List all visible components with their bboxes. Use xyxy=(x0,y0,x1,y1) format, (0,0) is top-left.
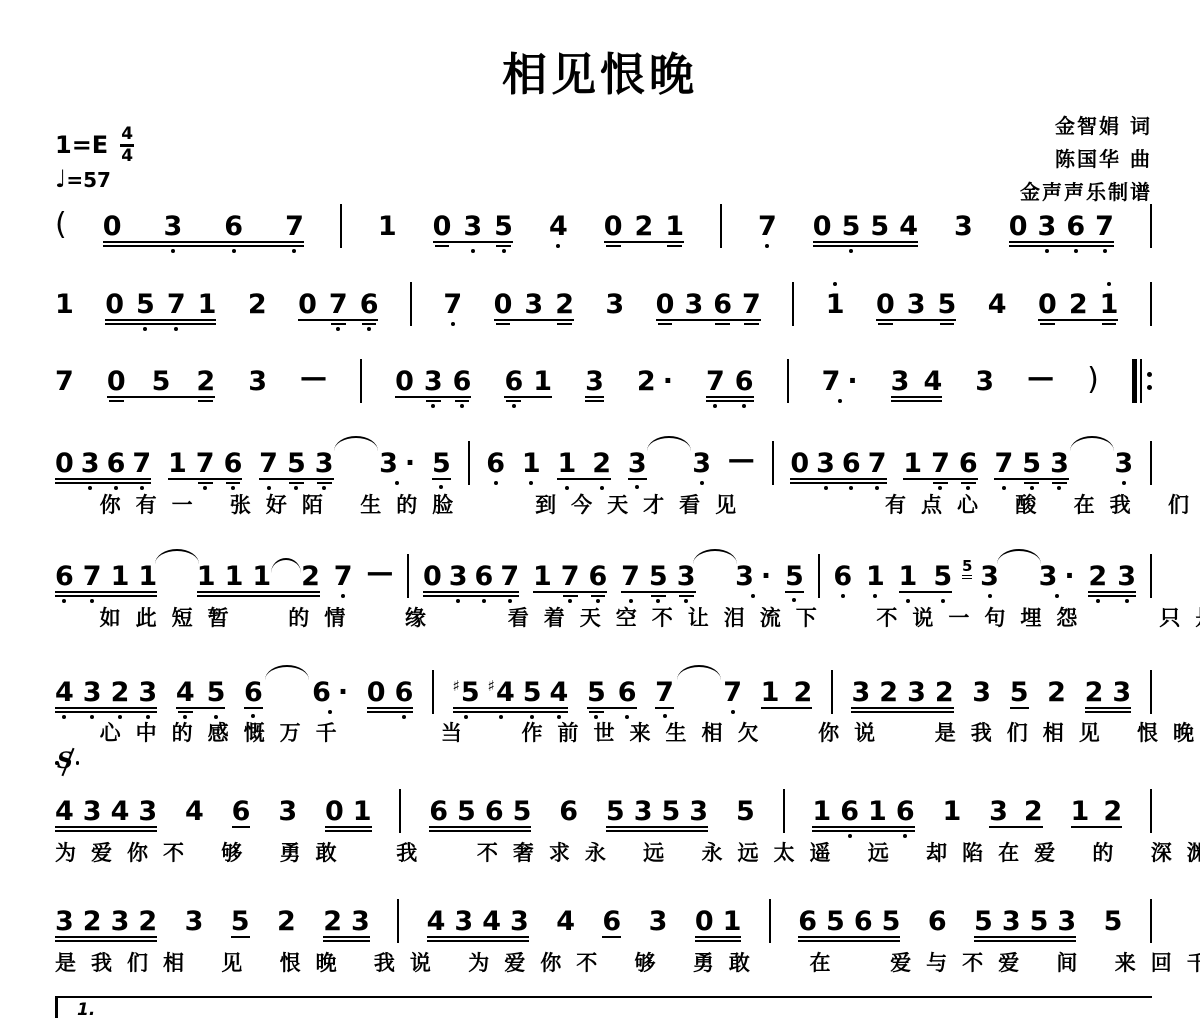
partial-beam-line xyxy=(933,482,948,484)
note: 1 xyxy=(252,563,271,590)
partial-beam-line xyxy=(362,323,377,325)
note: 5 xyxy=(606,798,625,825)
beam-group: 6711 xyxy=(55,563,157,590)
barline xyxy=(1150,554,1152,598)
beam-line xyxy=(628,478,647,480)
beam-line xyxy=(259,478,333,480)
note-digit: 3 xyxy=(424,368,443,395)
note-digit: 7 xyxy=(1095,213,1114,240)
note: 5 xyxy=(826,908,845,935)
beam-line xyxy=(989,826,1043,828)
beam-line xyxy=(103,245,304,247)
note: 3 xyxy=(585,368,604,395)
note: 7 xyxy=(167,291,186,318)
note-digit: 5 xyxy=(1022,450,1041,477)
note: 1 xyxy=(225,563,244,590)
beam-line xyxy=(695,936,742,938)
beam-line xyxy=(103,241,304,243)
note: 3· xyxy=(1039,563,1075,590)
partial-beam-line xyxy=(744,323,759,325)
note: 7 xyxy=(334,563,353,590)
note-digit: 6 xyxy=(840,798,859,825)
beam-group: 032 xyxy=(494,291,574,318)
note-digit: 5 xyxy=(287,450,306,477)
note: 3 xyxy=(1050,450,1069,477)
note-digit: 4 xyxy=(556,908,575,935)
grace-beam-line xyxy=(962,575,972,577)
note: 2 xyxy=(277,908,296,935)
note: 6 xyxy=(842,450,861,477)
beam-line xyxy=(655,707,674,709)
note: 6 xyxy=(559,798,578,825)
note-digit: 3 xyxy=(989,798,1008,825)
barline xyxy=(1150,670,1152,714)
note-digit: 6 xyxy=(602,908,621,935)
note-digit: 3 xyxy=(954,213,973,240)
note-digit: 5 xyxy=(870,213,889,240)
low-octave-dot xyxy=(328,710,332,714)
note: 1 xyxy=(55,291,74,318)
tempo-marking: ♩=57 xyxy=(55,165,111,193)
note-digit: 5 xyxy=(785,563,804,590)
note-digit: 0 xyxy=(433,213,452,240)
low-octave-dot xyxy=(494,481,498,485)
note-digit: 3 xyxy=(1112,679,1131,706)
note-digit: 5 xyxy=(649,563,668,590)
repeat-thin-bar xyxy=(1140,359,1142,403)
note-digit: 6 xyxy=(232,798,251,825)
note-digit: 4 xyxy=(988,291,1007,318)
note: 4 xyxy=(176,679,195,706)
note: 3 xyxy=(463,213,482,240)
note: 6 xyxy=(360,291,379,318)
beam-line xyxy=(298,319,378,321)
note: 3 xyxy=(1002,908,1021,935)
beam-group: 76 xyxy=(706,368,754,395)
note: 3 xyxy=(907,291,926,318)
barline xyxy=(772,441,774,485)
barline xyxy=(360,359,362,403)
beam-line xyxy=(706,396,754,398)
note-digit: 2 xyxy=(592,450,611,477)
slur-arc xyxy=(155,549,199,564)
beam-group: 1616 xyxy=(812,798,914,825)
beam-line xyxy=(587,707,637,709)
low-octave-dot xyxy=(395,481,399,485)
note-digit: 2 xyxy=(277,908,296,935)
note-digit: 5 xyxy=(882,908,901,935)
note: 5 xyxy=(938,291,957,318)
beam-line xyxy=(55,936,157,938)
beam-group: 1112 xyxy=(197,563,320,590)
note: 1 xyxy=(665,213,684,240)
note: 3 xyxy=(55,908,74,935)
note: 3 xyxy=(510,908,529,935)
lyricist-credit: 金智娟 词 xyxy=(1020,110,1152,143)
repeat-dots xyxy=(1147,372,1152,390)
barline xyxy=(792,282,794,326)
note: 3 xyxy=(677,563,696,590)
note: 6 xyxy=(1066,213,1085,240)
beam-line xyxy=(453,711,569,713)
beam-line xyxy=(994,478,1068,480)
beam-line xyxy=(785,591,804,593)
note-digit: 5 xyxy=(523,679,542,706)
note-digit: 6 xyxy=(429,798,448,825)
note-digit: 6 xyxy=(504,368,523,395)
note-digit: 1 xyxy=(197,563,216,590)
beam-group: 0367 xyxy=(423,563,519,590)
note: 7 xyxy=(329,291,348,318)
partial-beam-line xyxy=(1052,482,1067,484)
note-digit: 4 xyxy=(176,679,195,706)
note-digit: 3 xyxy=(891,368,910,395)
time-denominator: 4 xyxy=(121,148,133,165)
note-digit: 5 xyxy=(432,450,451,477)
note: 6 xyxy=(453,368,472,395)
note: 4 xyxy=(549,213,568,240)
beam-group: 15 xyxy=(899,563,953,590)
barline xyxy=(432,670,434,714)
note: 1 xyxy=(1100,291,1119,318)
note-digit: 3 xyxy=(111,908,130,935)
note-digit: 1 xyxy=(225,563,244,590)
note-digit: 1 xyxy=(138,563,157,590)
note: 3 xyxy=(248,368,267,395)
beam-group: 753 xyxy=(994,450,1068,477)
note-digit: ( xyxy=(55,210,67,240)
score-line: 10571207670323036710354021 xyxy=(55,282,1152,318)
beam-line xyxy=(1085,707,1132,709)
note: 3· xyxy=(379,450,415,477)
note: 1 xyxy=(533,563,552,590)
note: 0 xyxy=(1038,291,1057,318)
beam-group: 45 xyxy=(176,679,226,706)
beam-line xyxy=(433,241,513,243)
note: 6 xyxy=(485,798,504,825)
barline xyxy=(340,204,342,248)
note-digit: 0 xyxy=(1009,213,1028,240)
note-digit: 1 xyxy=(111,563,130,590)
note: 2 xyxy=(301,563,320,590)
note: 0 xyxy=(103,213,122,240)
note: 5 xyxy=(432,450,451,477)
score-line: 43234566·06♯5♯454567712323235223 xyxy=(55,670,1152,706)
note: 6 xyxy=(55,563,74,590)
beam-line xyxy=(899,591,953,593)
note-digit: 6 xyxy=(842,450,861,477)
partial-beam-line xyxy=(455,400,470,402)
note: 0 xyxy=(395,368,414,395)
note: 0 xyxy=(107,368,126,395)
note: — xyxy=(366,559,393,586)
score-line: (0367103540217055430367 xyxy=(55,204,1152,240)
beam-line xyxy=(423,591,519,593)
note-digit: 3 xyxy=(463,213,482,240)
partial-beam-line xyxy=(961,482,976,484)
note: 7· xyxy=(822,368,858,395)
note: 7 xyxy=(742,291,761,318)
beam-line xyxy=(1010,707,1029,709)
note-digit: 1 xyxy=(533,368,552,395)
note: 4 xyxy=(55,679,74,706)
augmentation-dot: · xyxy=(1064,563,1074,590)
note-digit: 2 xyxy=(935,679,954,706)
barline xyxy=(397,899,399,943)
note: 1 xyxy=(899,563,918,590)
low-octave-dot xyxy=(460,404,464,408)
beam-line xyxy=(432,478,451,480)
beam-group: 23 xyxy=(323,908,370,935)
beam-line xyxy=(812,826,914,828)
note-digit: 6 xyxy=(224,450,243,477)
volta-label: 1. xyxy=(77,1000,95,1018)
beam-group: 021 xyxy=(1038,291,1118,318)
note: 6 xyxy=(798,908,817,935)
note-digit: 6 xyxy=(107,450,126,477)
note: 2 xyxy=(83,908,102,935)
beam-line xyxy=(706,400,754,402)
barline xyxy=(399,789,401,833)
partial-beam-line xyxy=(667,245,682,247)
note: 5 xyxy=(494,213,513,240)
note-digit: 1 xyxy=(812,798,831,825)
note-digit: 4 xyxy=(55,679,74,706)
note-digit: 7 xyxy=(621,563,640,590)
note: 7 xyxy=(443,291,462,318)
note: 3 xyxy=(891,368,910,395)
note: 1 xyxy=(138,563,157,590)
note-digit: 2 xyxy=(793,679,812,706)
beam-line xyxy=(325,830,372,832)
note: 3 xyxy=(81,450,100,477)
beam-line xyxy=(176,707,226,709)
beam-line xyxy=(55,711,157,713)
note: 1 xyxy=(942,798,961,825)
note: 5 xyxy=(207,679,226,706)
note: 3 xyxy=(1117,563,1136,590)
beam-line xyxy=(761,707,813,709)
beam-group: 0554 xyxy=(813,213,918,240)
note-digit: 6 xyxy=(959,450,978,477)
note: 2 xyxy=(138,908,157,935)
note: 3 xyxy=(524,291,543,318)
note-digit: 2 xyxy=(138,908,157,935)
beam-line xyxy=(395,396,471,398)
low-octave-dot xyxy=(451,322,455,326)
note-digit: 3 xyxy=(1002,908,1021,935)
note: 4 xyxy=(482,908,501,935)
segno-icon: S xyxy=(57,750,81,778)
low-octave-dot xyxy=(988,594,992,598)
note: 0 xyxy=(105,291,124,318)
note-digit: 1 xyxy=(1100,291,1119,318)
note-digit: 7 xyxy=(723,679,742,706)
note-digit: 3 xyxy=(1114,450,1133,477)
note-digit: 5 xyxy=(826,908,845,935)
note: 5 xyxy=(587,679,606,706)
note-digit: 2 xyxy=(635,213,654,240)
note: 3 xyxy=(649,908,668,935)
note-digit: 3 xyxy=(677,563,696,590)
beam-group: 6565 xyxy=(798,908,900,935)
note-digit: 3 xyxy=(972,679,991,706)
slur-arc xyxy=(265,665,309,680)
beam-line xyxy=(813,241,918,243)
beam-line xyxy=(504,396,552,398)
beam-group: 23 xyxy=(1088,563,1136,590)
note-digit: 2 xyxy=(196,368,215,395)
beam-line xyxy=(974,936,1076,938)
note-digit: 3 xyxy=(138,798,157,825)
note-digit: 7 xyxy=(561,563,580,590)
note: 5 xyxy=(152,368,171,395)
note: 4 xyxy=(55,798,74,825)
note-digit: 1 xyxy=(168,450,187,477)
note: 3 xyxy=(975,368,994,395)
note-digit: 3 xyxy=(634,798,653,825)
beam-line xyxy=(903,478,977,480)
note-digit: ) xyxy=(1087,365,1099,395)
note: 7 xyxy=(723,679,742,706)
note-digit: 3 xyxy=(907,291,926,318)
note-digit: 5 xyxy=(1104,908,1123,935)
note: 4 xyxy=(988,291,1007,318)
note-digit: 3 xyxy=(248,368,267,395)
note: 1 xyxy=(723,908,742,935)
barline xyxy=(783,789,785,833)
note-digit: 4 xyxy=(482,908,501,935)
slur-arc xyxy=(271,558,301,573)
note: 3 xyxy=(454,908,473,935)
note-digit: 3 xyxy=(83,798,102,825)
time-signature: 4 4 xyxy=(120,126,134,165)
beam-line xyxy=(1009,245,1114,247)
beam-line xyxy=(231,936,250,938)
note-digit: 5 xyxy=(457,798,476,825)
note-digit: 5 xyxy=(587,679,606,706)
note-digit: 3 xyxy=(684,291,703,318)
beam-line xyxy=(55,940,157,942)
beam-line xyxy=(851,711,953,713)
note: 1 xyxy=(557,450,576,477)
note: 3 xyxy=(315,450,334,477)
beam-group: 176 xyxy=(903,450,977,477)
low-octave-dot xyxy=(171,249,175,253)
beam-line xyxy=(606,830,708,832)
beam-line xyxy=(1071,826,1123,828)
note: 2 xyxy=(793,679,812,706)
beam-line xyxy=(494,319,574,321)
note-digit: 6 xyxy=(589,563,608,590)
note-digit: 5 xyxy=(1010,679,1029,706)
note: 0 xyxy=(1009,213,1028,240)
note: 5 xyxy=(136,291,155,318)
note: 1 xyxy=(533,368,552,395)
beam-line xyxy=(323,940,370,942)
note: 2 xyxy=(323,908,342,935)
note-digit: 5 xyxy=(231,908,250,935)
note-digit: 2 xyxy=(1085,679,1104,706)
note: 5 xyxy=(231,908,250,935)
note-digit: 6 xyxy=(854,908,873,935)
low-octave-dot xyxy=(731,710,735,714)
beam-group: 176 xyxy=(533,563,607,590)
note-digit: 6 xyxy=(395,679,414,706)
beam-group: 3232 xyxy=(851,679,953,706)
note-digit: 2 xyxy=(323,908,342,935)
note-digit: 6 xyxy=(713,291,732,318)
note: 2 xyxy=(196,368,215,395)
note-digit: 7 xyxy=(706,368,725,395)
note-digit: 5 xyxy=(1030,908,1049,935)
partial-beam-line xyxy=(226,482,241,484)
note: 3 xyxy=(351,908,370,935)
note-digit: 7 xyxy=(83,563,102,590)
beam-line xyxy=(55,830,157,832)
note-digit: 5 xyxy=(842,213,861,240)
note: 1 xyxy=(866,563,885,590)
partial-beam-line xyxy=(1024,482,1039,484)
beam-line xyxy=(55,482,151,484)
note-digit: 7 xyxy=(742,291,761,318)
beam-line xyxy=(325,826,372,828)
beam-group: 01 xyxy=(325,798,372,825)
note: 6 xyxy=(244,679,263,706)
note: 5 xyxy=(933,563,952,590)
note-digit: 3 xyxy=(692,450,711,477)
note-digit: 1 xyxy=(868,798,887,825)
note: 6 xyxy=(959,450,978,477)
lyrics-line: 为爱你不 够 勇敢 我 不奢求永 远 永远太遥 远 却陷在爱 的 深渊 你说 xyxy=(55,837,1164,867)
note-digit: 3 xyxy=(1117,563,1136,590)
beam-line xyxy=(656,319,761,321)
note: 3 xyxy=(83,679,102,706)
beam-line xyxy=(367,707,414,709)
low-octave-dot xyxy=(471,249,475,253)
partial-beam-line xyxy=(1040,323,1055,325)
note-digit: 7 xyxy=(329,291,348,318)
note-digit: 3 xyxy=(585,368,604,395)
note: 6 xyxy=(232,798,251,825)
beam-line xyxy=(105,319,216,321)
note-digit: 2 xyxy=(1024,798,1043,825)
note: 5 xyxy=(842,213,861,240)
partial-beam-line xyxy=(715,323,730,325)
low-octave-dot xyxy=(713,404,717,408)
note: 1 xyxy=(826,291,845,318)
note: 2 xyxy=(635,213,654,240)
slur-arc xyxy=(334,436,378,451)
beam-group: 035 xyxy=(433,213,513,240)
beam-line xyxy=(876,319,956,321)
note: 7 xyxy=(500,563,519,590)
note-digit: 6 xyxy=(453,368,472,395)
composer-credit: 陈国华 曲 xyxy=(1020,143,1152,176)
note: 1 xyxy=(168,450,187,477)
note-digit: 5 xyxy=(662,798,681,825)
segno-dot-right xyxy=(76,761,80,765)
note: 0 xyxy=(55,450,74,477)
slur-arc xyxy=(693,549,737,564)
low-octave-dot xyxy=(1045,249,1049,253)
begin-repeat-sign xyxy=(1132,359,1152,403)
note: 3 xyxy=(980,563,999,590)
note-digit: 5 xyxy=(736,798,755,825)
note: 7 xyxy=(758,213,777,240)
note: 3 xyxy=(851,679,870,706)
beam-group: 0367 xyxy=(1009,213,1114,240)
